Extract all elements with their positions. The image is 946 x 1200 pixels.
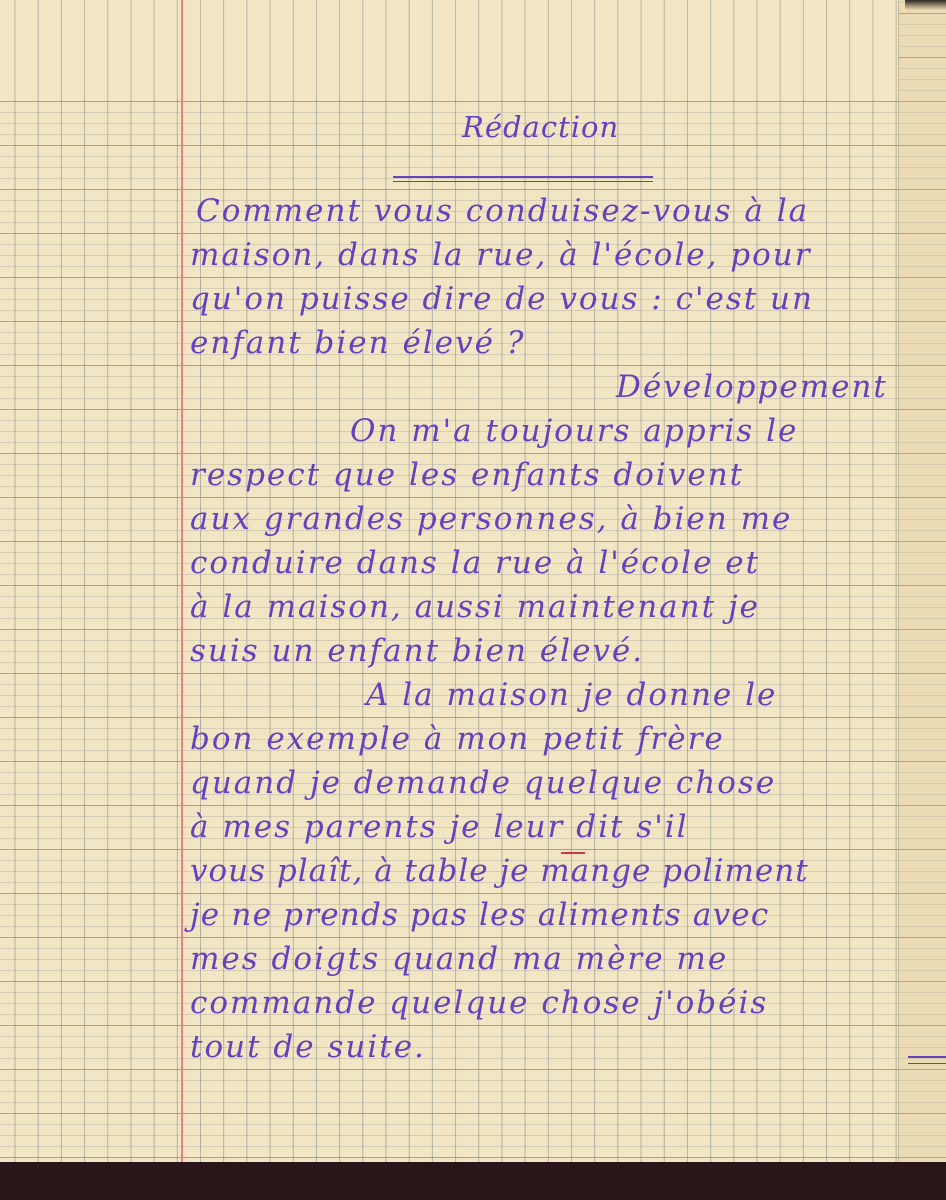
next-page-rule	[908, 1056, 946, 1064]
title-underline	[393, 176, 653, 182]
body-line: mes doigts quand ma mère me	[190, 944, 728, 975]
body-line: bon exemple à mon petit frère	[190, 724, 725, 755]
page-title: Rédaction	[462, 110, 619, 144]
body-line: tout de suite.	[190, 1032, 426, 1063]
body-line: vous plaît, à table je mange poliment	[190, 856, 809, 887]
body-line: On m'a toujours appris le	[350, 416, 798, 447]
question-line: Comment vous conduisez-vous à la	[196, 196, 809, 227]
body-line: A la maison je donne le	[366, 680, 777, 711]
corner-shadow	[905, 0, 946, 10]
body-line: je ne prends pas les aliments avec	[190, 900, 769, 931]
body-line: à mes parents je leur dit s'il	[190, 812, 689, 843]
body-line: conduire dans la rue à l'école et	[190, 548, 760, 579]
body-line: aux grandes personnes, à bien me	[190, 504, 792, 535]
page-header-area	[0, 0, 898, 98]
body-line: à la maison, aussi maintenant je	[190, 592, 760, 623]
teacher-correction-mark	[561, 852, 585, 854]
body-line: commande quelque chose j'obéis	[190, 988, 768, 1019]
next-page-edge	[898, 0, 946, 1162]
body-line: suis un enfant bien élevé.	[190, 636, 644, 667]
body-line: respect que les enfants doivent	[190, 460, 744, 491]
question-line: enfant bien élevé ?	[190, 328, 525, 359]
question-line: qu'on puisse dire de vous : c'est un	[190, 284, 814, 315]
question-line: maison, dans la rue, à l'école, pour	[190, 240, 812, 271]
section-heading: Développement	[616, 372, 888, 403]
body-line: quand je demande quelque chose	[190, 768, 776, 799]
scan-background	[0, 1162, 946, 1200]
red-margin-line	[181, 0, 183, 1162]
